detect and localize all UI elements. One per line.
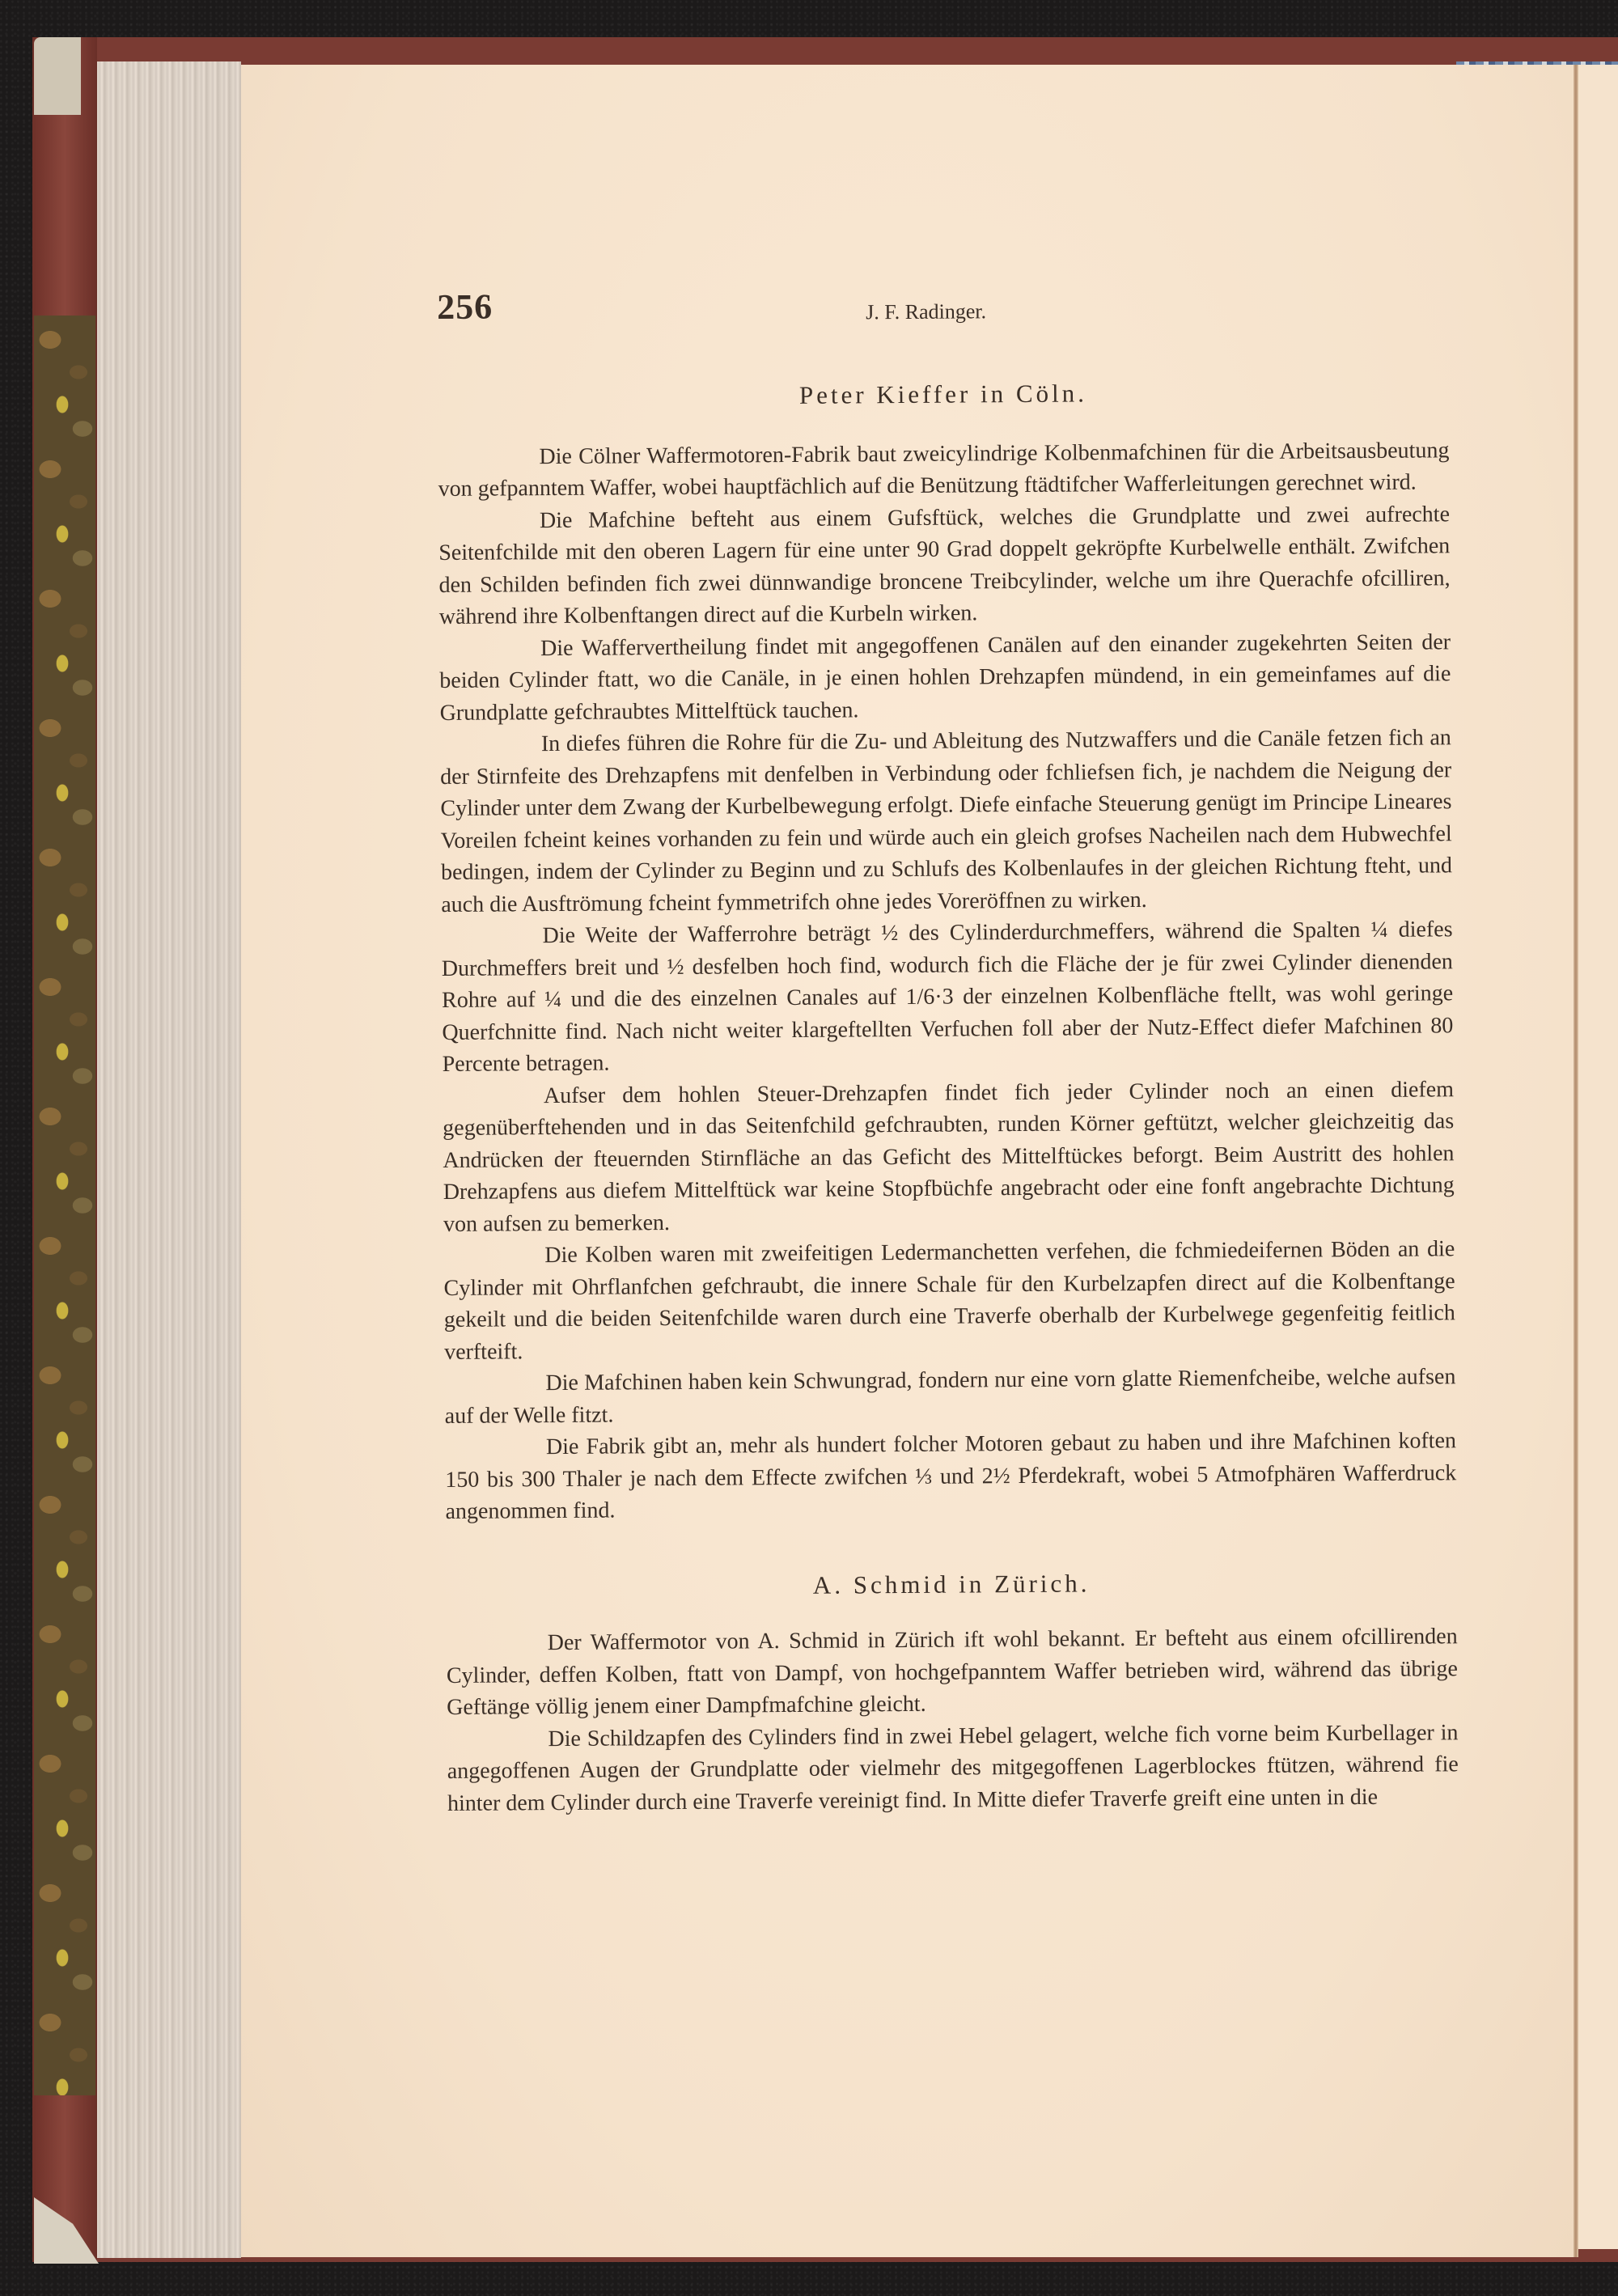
paragraph: In diefes führen die Rohre für die Zu- u… (440, 722, 1453, 921)
section-title: Peter Kieffer in Cöln. (438, 375, 1449, 413)
section-schmid: A. Schmid in Zürich. Der Waffermotor von… (446, 1565, 1459, 1819)
paragraph: Die Waffervertheilung findet mit angegof… (439, 626, 1451, 729)
page-content: 256 J. F. Radinger. Peter Kieffer in Cöl… (437, 284, 1459, 1819)
paragraph: Die Mafchine befteht aus einem Gufsftück… (438, 498, 1451, 633)
paragraph: Aufser dem hohlen Steuer-Drehzapfen find… (443, 1074, 1455, 1240)
page-gutter (1574, 65, 1578, 2257)
paragraph: Die Kolben waren mit zweifeitigen Lederm… (443, 1233, 1455, 1368)
paragraph: Die Schildzapfen des Cylinders find in z… (447, 1717, 1459, 1819)
paragraph: Die Cölner Waffermotoren-Fabrik baut zwe… (438, 434, 1450, 506)
paragraph: Die Mafchinen haben kein Schwungrad, fon… (444, 1361, 1456, 1432)
page-edges (97, 61, 241, 2258)
book-corner-top (34, 37, 81, 115)
facing-page-edge (1578, 65, 1618, 2249)
section-kieffer: Peter Kieffer in Cöln. Die Cölner Waffer… (438, 375, 1457, 1527)
running-head: 256 J. F. Radinger. (437, 284, 1448, 340)
running-head-author: J. F. Radinger. (866, 295, 986, 328)
paragraph: Die Fabrik gibt an, mehr als hundert fol… (445, 1425, 1457, 1527)
section-title: A. Schmid in Zürich. (446, 1565, 1457, 1603)
paragraph: Die Weite der Wafferrohre beträgt ½ des … (441, 913, 1453, 1080)
page-number: 256 (437, 291, 493, 324)
paragraph: Der Waffermotor von A. Schmid in Zürich … (447, 1620, 1459, 1723)
marbled-board (34, 316, 95, 2095)
